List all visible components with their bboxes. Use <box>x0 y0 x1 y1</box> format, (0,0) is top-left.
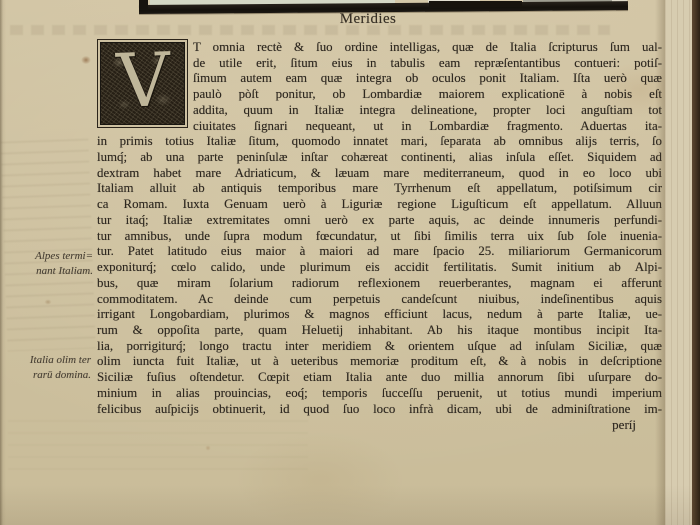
body-line: exponiturq́; cœlo calido, unde plurimum … <box>97 260 662 276</box>
text-block: V T omnia rectè & ſuo ordine intelligas,… <box>97 40 662 433</box>
margin-note-line: Italia olim ter <box>11 353 91 368</box>
body-line: tur amnibus, unde ſupra modum fœcundatur… <box>97 229 662 245</box>
body-line: dextram habet mare Adriaticum, & læuam m… <box>97 166 662 182</box>
margin-note-italia: Italia olim ter rarū domina. <box>11 353 91 383</box>
body-line: ciuitates ſignari nequeant, ut in Lombar… <box>193 119 662 135</box>
initial-letter-V: V <box>105 34 181 128</box>
body-line: lia, porrigiturq́; longo tractu inter me… <box>97 339 662 355</box>
body-line: minium in alias prouincias, eoq́; tempor… <box>97 386 662 402</box>
body-line: bus, quæ miram ſolarium radiorum reflexi… <box>97 276 662 292</box>
body-line: Siciliæ fuſius oſtendetur. Cœpit etiam I… <box>97 370 662 386</box>
page-edge-shadow <box>655 0 665 525</box>
page-header: Meridies <box>308 11 428 28</box>
body-line: rum & oppoſita parte, quam Heluetij inha… <box>97 323 662 339</box>
body-line: ca Romam. Iuxta Genuam uerò à Liguriæ re… <box>97 197 662 213</box>
body-line: tur. Patet latitudo eius maior à maiori … <box>97 244 662 260</box>
body-line: paulò pòſt ponitur, ob Lombardiæ maiorem… <box>193 87 662 103</box>
body-line: commoditatem. Ac deinde cum perpetuis ca… <box>97 292 662 308</box>
verso-showthrough <box>0 139 95 352</box>
woodcut-initial: V <box>100 42 185 125</box>
underlying-page-edge <box>665 0 692 525</box>
body-line: ſimum autem eam quæ integra ob oculos po… <box>193 71 662 87</box>
margin-note-line: Alpes termi= <box>13 249 93 264</box>
photo-dark-edge <box>692 0 700 525</box>
body-line: de utile erit, ſitum eius in tabulis eam… <box>193 56 662 72</box>
body-line: olim iuncta fuit Italiæ, ut à ueteribus … <box>97 354 662 370</box>
body-line: tur itaq́; Italiæ extremitates omni uerò… <box>97 213 662 229</box>
photo-left-edge <box>0 0 3 525</box>
body-line: T omnia rectè & ſuo ordine intelligas, q… <box>193 40 662 56</box>
body-line: irrigant Longobardiam, plurimos & magnos… <box>97 307 662 323</box>
body-line: Italiam alluit ab antiquis temporibus ma… <box>97 181 662 197</box>
margin-note-alps: Alpes termi= nant Italiam. <box>13 249 93 279</box>
body-line: felicibus auſpicijs obtinuerit, id quod … <box>97 402 662 418</box>
body-line: lumq́; ab una parte peninſulæ inſtar coh… <box>97 150 662 166</box>
book-page-photo: Meridies V T omnia rectè & ſuo ordine in… <box>0 0 700 525</box>
map-frame-thick-section <box>429 1 522 7</box>
body-line: in primis totius Italiæ ſitum, quomodo i… <box>97 134 662 150</box>
catchword: períj <box>97 417 662 433</box>
margin-note-line: nant Italiam. <box>13 264 93 279</box>
body-line: addita, quum in Italiæ integra delineati… <box>193 103 662 119</box>
margin-note-line: rarū domina. <box>11 368 91 383</box>
map-frame-corner <box>139 0 148 9</box>
